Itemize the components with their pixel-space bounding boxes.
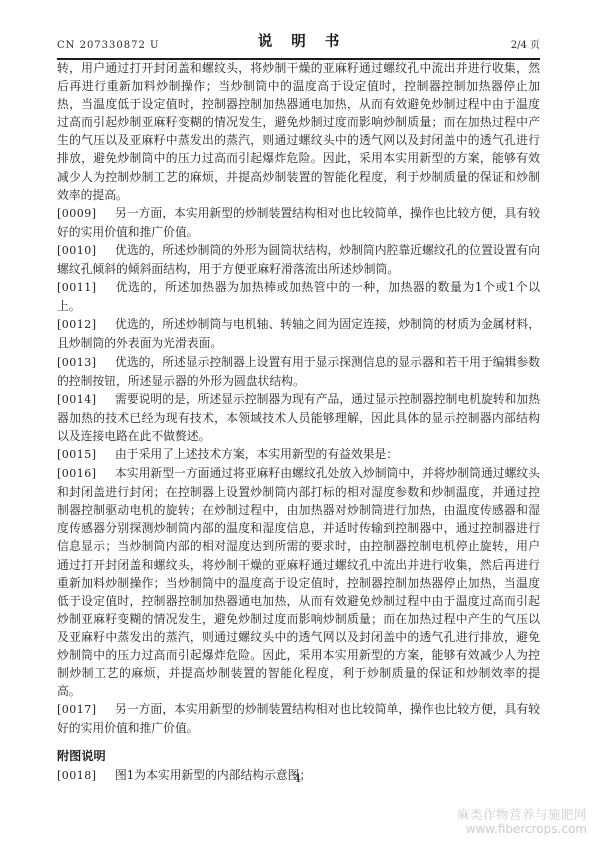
page-header: CN 207330872 U 说明书 2/4 页 [57,30,540,60]
paragraph-number: [0013] [57,354,115,372]
paragraph-number: [0012] [57,316,115,334]
specification-body: 转，用户通过打开封闭盖和螺纹头，将炒制干燥的亚麻籽通过螺纹孔中流出并进行收集，然… [57,59,540,785]
section-heading-figures: 附图说明 [57,747,540,765]
paragraph-text: 优选的，所述炒制筒的外形为圆筒状结构，炒制筒内腔靠近螺纹孔的位置设置有向螺纹孔倾… [57,243,540,276]
paragraph-text: 需要说明的是，所述显示控制器为现有产品，通过显示控制器控制电机旋转和加热器加热的… [57,392,540,443]
paragraph-text: 另一方面，本实用新型的炒制装置结构相对也比较简单，操作也比较方便，具有较好的实用… [57,206,540,239]
paragraph-text: 转，用户通过打开封闭盖和螺纹头，将炒制干燥的亚麻籽通过螺纹孔中流出并进行收集，然… [57,61,540,202]
watermark-site-url: www.fibercrops.com [457,822,587,836]
paragraph-0016: [0016]本实用新型一方面通过将亚麻籽由螺纹孔处放入炒制筒中，并将炒制筒通过螺… [57,464,540,700]
patent-specification-page: CN 207330872 U 说明书 2/4 页 转，用户通过打开封闭盖和螺纹头… [0,0,595,842]
paragraph-0013: [0013]优选的，所述显示控制器上设置有用于显示探测信息的显示器和若干用于编辑… [57,353,540,390]
publication-number: CN 207330872 U [57,40,258,51]
paragraph-0012: [0012]优选的，所述炒制筒与电机轴、转轴之间为固定连接，炒制筒的材质为金属材… [57,315,540,352]
paragraph-number: [0016] [57,465,115,483]
paragraph-text: 优选的，所述显示控制器上设置有用于显示探测信息的显示器和若干用于编辑参数的控制按… [57,355,540,388]
page-indicator: 2/4 页 [339,36,540,51]
paragraph-number: [0015] [57,446,115,464]
paragraph-0010: [0010]优选的，所述炒制筒的外形为圆筒状结构，炒制筒内腔靠近螺纹孔的位置设置… [57,241,540,278]
paragraph-continuation: 转，用户通过打开封闭盖和螺纹头，将炒制干燥的亚麻籽通过螺纹孔中流出并进行收集，然… [57,59,540,204]
paragraph-text: 本实用新型一方面通过将亚麻籽由螺纹孔处放入炒制筒中，并将炒制筒通过螺纹头和封闭盖… [57,466,540,698]
paragraph-0009: [0009]另一方面，本实用新型的炒制装置结构相对也比较简单，操作也比较方便，具… [57,204,540,241]
watermark-site-name: 麻类作物营养与施肥网 [457,808,587,822]
paragraph-number: [0010] [57,242,115,260]
paragraph-number: [0017] [57,701,115,719]
paragraph-number: [0011] [57,279,115,297]
paragraph-0015: [0015]由于采用了上述技术方案，本实用新型的有益效果是： [57,445,540,464]
paragraph-text: 另一方面，本实用新型的炒制装置结构相对也比较简单，操作也比较方便，具有较好的实用… [57,702,540,735]
paragraph-text: 优选的，所述加热器为加热棒或加热管中的一种，加热器的数量为1个或1个以上。 [57,280,540,313]
page-number: 4 [0,771,595,785]
paragraph-text: 由于采用了上述技术方案，本实用新型的有益效果是： [115,447,398,461]
paragraph-number: [0009] [57,205,115,223]
paragraph-0017: [0017]另一方面，本实用新型的炒制装置结构相对也比较简单，操作也比较方便，具… [57,700,540,737]
paragraph-0011: [0011]优选的，所述加热器为加热棒或加热管中的一种，加热器的数量为1个或1个… [57,278,540,315]
watermark: 麻类作物营养与施肥网 www.fibercrops.com [457,808,587,836]
paragraph-0014: [0014]需要说明的是，所述显示控制器为现有产品，通过显示控制器控制电机旋转和… [57,390,540,445]
paragraph-text: 优选的，所述炒制筒与电机轴、转轴之间为固定连接，炒制筒的材质为金属材料，且炒制筒… [57,317,540,350]
paragraph-number: [0014] [57,391,115,409]
